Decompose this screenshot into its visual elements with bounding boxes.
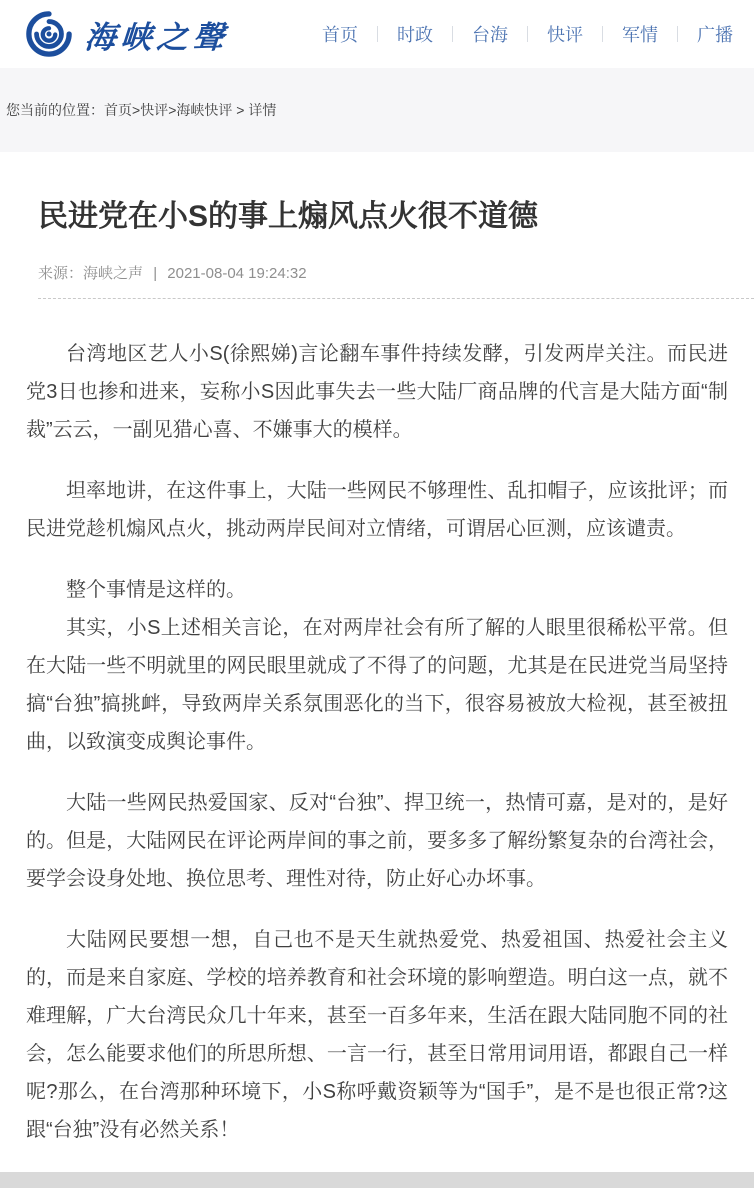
- breadcrumb-link-haixia-kuaiping[interactable]: 海峡快评: [176, 100, 232, 120]
- breadcrumb-bar: 您当前的位置： 首页 > 快评 > 海峡快评 > 详情: [0, 68, 754, 152]
- source-name: 海峡之声: [83, 265, 143, 282]
- footer-strip: [0, 1172, 754, 1188]
- site-logo[interactable]: 海峡之聲: [26, 11, 229, 57]
- article-title: 民进党在小S的事上煽风点火很不道德: [38, 198, 716, 236]
- breadcrumb-link-home[interactable]: 首页: [104, 100, 132, 120]
- meta-divider: |: [153, 265, 157, 282]
- breadcrumb-label: 您当前的位置：: [6, 100, 104, 120]
- site-logo-text: 海峡之聲: [83, 12, 230, 57]
- article-paragraph: 其实，小S上述相关言论，在对两岸社会有所了解的人眼里很稀松平常。但在大陆一些不明…: [26, 609, 728, 761]
- nav-item-commentary[interactable]: 快评: [528, 21, 602, 47]
- article-paragraph: 坦率地讲，在这件事上，大陆一些网民不够理性、乱扣帽子，应该批评；而民进党趁机煽风…: [26, 472, 728, 548]
- nav-item-broadcast[interactable]: 广播: [678, 21, 752, 47]
- article-paragraph: 台湾地区艺人小S(徐熙娣)言论翻车事件持续发酵，引发两岸关注。而民进党3日也掺和…: [26, 335, 728, 449]
- article-paragraph: 大陆一些网民热爱国家、反对“台独”、捍卫统一，热情可嘉，是对的，是好的。但是，大…: [26, 784, 728, 898]
- article-body: 台湾地区艺人小S(徐熙娣)言论翻车事件持续发酵，引发两岸关注。而民进党3日也掺和…: [26, 335, 728, 1149]
- breadcrumb-separator: >: [232, 102, 248, 118]
- article-paragraph: 大陆网民要想一想，自己也不是天生就热爱党、热爱祖国、热爱社会主义的，而是来自家庭…: [26, 921, 728, 1149]
- article-paragraph: 整个事情是这样的。: [26, 571, 728, 609]
- article: 民进党在小S的事上煽风点火很不道德 来源：海峡之声 | 2021-08-04 1…: [0, 152, 754, 1172]
- breadcrumb-separator: >: [132, 102, 140, 118]
- nav-item-politics[interactable]: 时政: [378, 21, 452, 47]
- breadcrumb-link-kuaiping[interactable]: 快评: [140, 100, 168, 120]
- nav-item-home[interactable]: 首页: [303, 21, 377, 47]
- site-header: 海峡之聲 首页 时政 台海 快评 军情 广播: [0, 0, 754, 68]
- breadcrumb-separator: >: [168, 102, 176, 118]
- nav-item-taiwan-strait[interactable]: 台海: [453, 21, 527, 47]
- article-meta: 来源：海峡之声 | 2021-08-04 19:24:32: [38, 262, 716, 283]
- page: 海峡之聲 首页 时政 台海 快评 军情 广播 您当前的位置： 首页 > 快评 >…: [0, 0, 754, 1188]
- source-label: 来源：: [38, 265, 83, 282]
- spiral-wave-logo-icon: [26, 11, 72, 57]
- nav-item-military[interactable]: 军情: [603, 21, 677, 47]
- publish-time: 2021-08-04 19:24:32: [167, 265, 306, 282]
- main-nav: 首页 时政 台海 快评 军情 广播: [303, 21, 752, 47]
- dashed-divider: [38, 298, 754, 299]
- breadcrumb-link-detail[interactable]: 详情: [248, 100, 276, 120]
